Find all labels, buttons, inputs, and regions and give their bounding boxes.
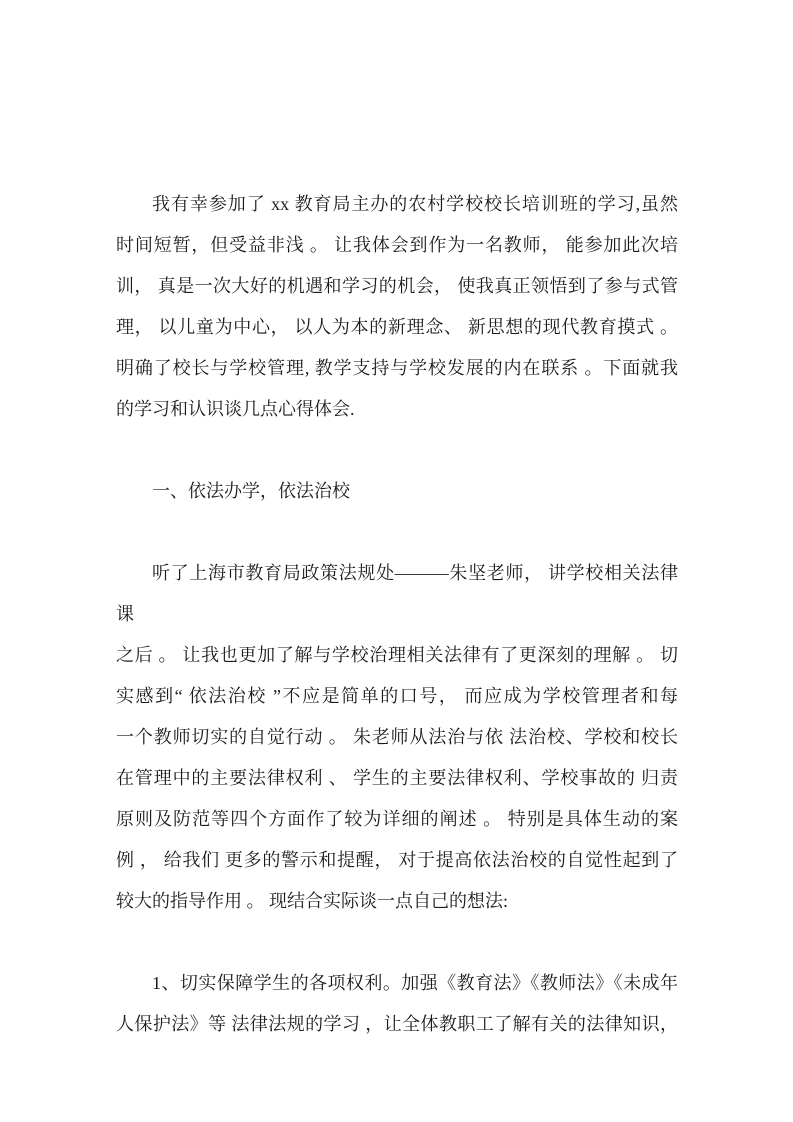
document-page: 我有幸参加了 xx 教育局主办的农村学校校长培训班的学习,虽然 时间短暂，但受益… — [0, 0, 793, 1122]
text-line: 的学习和认识谈几点心得体会. — [116, 389, 678, 430]
paragraph-section-one: 听了上海市教育局政策法规处———朱坚老师， 讲学校相关法律课 之后 。 让我也更… — [116, 553, 678, 922]
text-line: 1、切实保障学生的各项权利。加强《教育法》《教师法》《未成年 — [116, 963, 678, 1004]
text-line: 例 ， 给我们 更多的警示和提醒， 对于提高依法治校的自觉性起到了 — [116, 840, 678, 881]
paragraph-point-one: 1、切实保障学生的各项权利。加强《教育法》《教师法》《未成年 人保护法》等 法律… — [116, 963, 678, 1045]
text-line: 明确了校长与学校管理, 教学支持与学校发展的内在联系 。下面就我 — [116, 348, 678, 389]
text-line: 训， 真是一次大好的机遇和学习的机会， 使我真正领悟到了参与式管 — [116, 266, 678, 307]
section-heading: 一、依法办学，依法治校 — [116, 471, 678, 512]
text-line: 较大的指导作用 。 现结合实际谈一点自己的想法: — [116, 881, 678, 922]
text-line: 我有幸参加了 xx 教育局主办的农村学校校长培训班的学习,虽然 — [116, 184, 678, 225]
document-text-block: 我有幸参加了 xx 教育局主办的农村学校校长培训班的学习,虽然 时间短暂，但受益… — [116, 184, 678, 1045]
text-line: 理， 以儿童为中心， 以人为本的新理念、 新思想的现代教育摸式 。 — [116, 307, 678, 348]
text-line: 人保护法》等 法律法规的学习 ，让全体教职工了解有关的法律知识， — [116, 1004, 678, 1045]
text-line: 原则及防范等四个方面作了较为详细的阐述 。 特别是具体生动的案 — [116, 799, 678, 840]
text-line: 听了上海市教育局政策法规处———朱坚老师， 讲学校相关法律课 — [116, 553, 678, 635]
text-line: 时间短暂，但受益非浅 。 让我体会到作为一名教师， 能参加此次培 — [116, 225, 678, 266]
text-line: 在管理中的主要法律权利 、 学生的主要法律权利、学校事故的 归责 — [116, 758, 678, 799]
text-line: 一个教师切实的自觉行动 。 朱老师从法治与依 法治校、学校和校长 — [116, 717, 678, 758]
text-line: 实感到“ 依法治校 ”不应是简单的口号， 而应成为学校管理者和每 — [116, 676, 678, 717]
text-line: 之后 。 让我也更加了解与学校治理相关法律有了更深刻的理解 。 切 — [116, 635, 678, 676]
heading-line: 一、依法办学，依法治校 — [116, 471, 678, 512]
paragraph-intro: 我有幸参加了 xx 教育局主办的农村学校校长培训班的学习,虽然 时间短暂，但受益… — [116, 184, 678, 430]
